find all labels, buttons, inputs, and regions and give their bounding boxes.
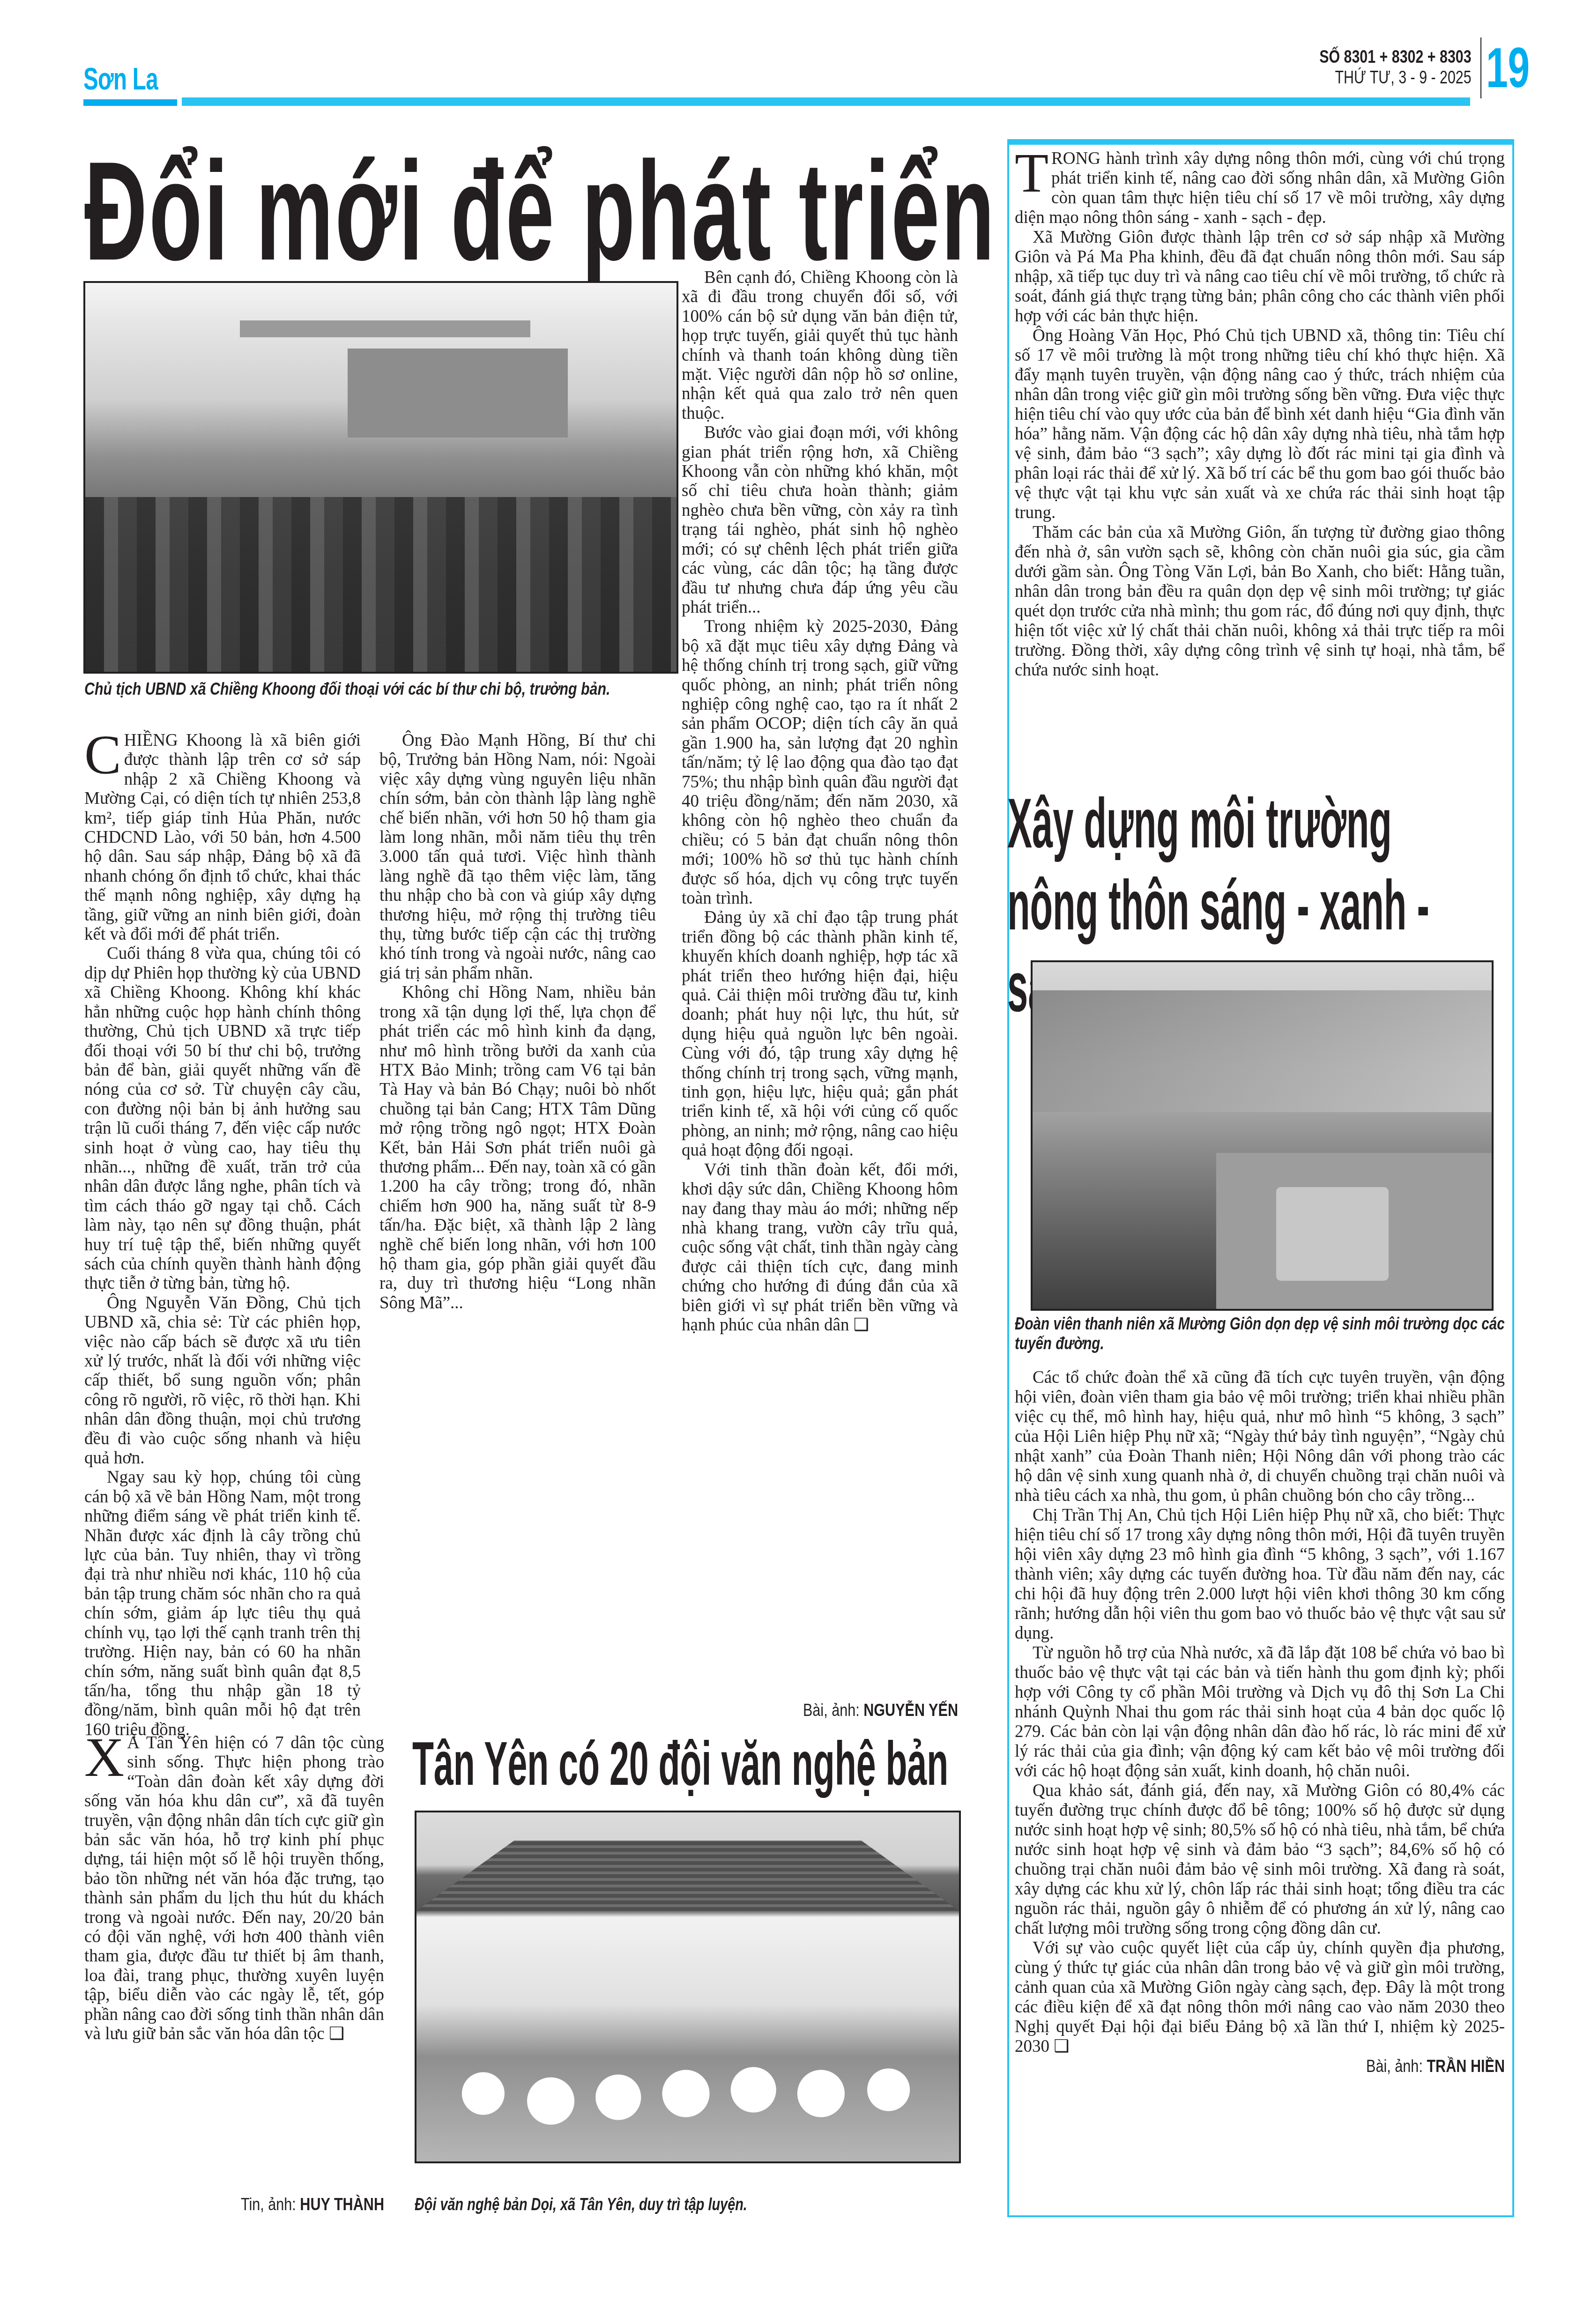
issue-date: THỨ TƯ, 3 - 9 - 2025: [1319, 67, 1472, 88]
paragraph: Các tổ chức đoàn thể xã cũng đã tích cực…: [1015, 1368, 1505, 1506]
paragraph: Qua khảo sát, đánh giá, đến nay, xã Mườn…: [1015, 1781, 1505, 1938]
paragraph: Ông Hoàng Văn Học, Phó Chủ tịch UBND xã,…: [1015, 326, 1505, 523]
bottom-article-byline: Tin, ảnh: HUY THÀNH: [129, 2195, 384, 2214]
dropcap: C: [84, 734, 124, 777]
cleanup-photo-caption: Đoàn viên thanh niên xã Mường Giôn dọn d…: [1015, 1314, 1539, 1353]
paragraph: Ông Đào Mạnh Hồng, Bí thư chi bộ, Trưởng…: [379, 731, 656, 983]
issue-info: SỐ 8301 + 8302 + 8303 THỨ TƯ, 3 - 9 - 20…: [1319, 47, 1472, 88]
photo-flower-props: [445, 2056, 927, 2131]
paragraph: Với sự vào cuộc quyết liệt của cấp ủy, c…: [1015, 1938, 1505, 2057]
paragraph: Ngay sau kỳ họp, chúng tôi cùng cán bộ x…: [84, 1468, 361, 1739]
section-name: Sơn La: [83, 61, 158, 97]
paragraph: Trong nhiệm kỳ 2025-2030, Đảng bộ xã đặt…: [682, 617, 958, 908]
byline-author: TRẦN HIỀN: [1427, 2057, 1505, 2076]
paragraph: Với tinh thần đoàn kết, đổi mới, khơi dậ…: [682, 1160, 958, 1335]
photo-banner: [240, 320, 530, 337]
paragraph: Không chỉ Hồng Nam, nhiều bản trong xã t…: [379, 983, 656, 1313]
issue-number: SỐ 8301 + 8302 + 8303: [1319, 47, 1472, 67]
paragraph: Xã Mường Giôn được thành lập trên cơ sở …: [1015, 228, 1505, 326]
byline-label: Bài, ảnh:: [803, 1700, 860, 1720]
bottom-article-text: XÃ Tân Yên hiện có 7 dân tộc cùng sinh s…: [84, 1733, 384, 2044]
side-article-top-text: TRONG hành trình xây dựng nông thôn mới,…: [1015, 149, 1505, 680]
main-article-column-1: CHIỀNG Khoong là xã biên giới được thành…: [84, 731, 361, 1739]
side-article-bottom-text: Các tổ chức đoàn thể xã cũng đã tích cực…: [1015, 1368, 1505, 2076]
main-headline: Đổi mới để phát triển: [84, 141, 996, 281]
dance-photo-caption: Đội văn nghệ bản Dọi, xã Tân Yên, duy tr…: [415, 2195, 963, 2214]
cleanup-photo: [1031, 960, 1494, 1311]
photo-crowd: [85, 497, 677, 672]
header-rule: [182, 97, 1470, 106]
byline-label: Tin, ảnh:: [241, 2195, 296, 2214]
paragraph: Chị Trần Thị An, Chủ tịch Hội Liên hiệp …: [1015, 1506, 1505, 1643]
header-rule-accent: [83, 99, 177, 106]
page-number: 19: [1480, 37, 1530, 98]
main-article-column-3: Bên cạnh đó, Chiềng Khoong còn là xã đi …: [682, 268, 958, 1335]
paragraph: Cuối tháng 8 vừa qua, chúng tôi có dịp d…: [84, 944, 361, 1293]
photo-stilt-house-roof: [416, 1841, 959, 1911]
paragraph: TRONG hành trình xây dựng nông thôn mới,…: [1015, 149, 1505, 228]
paragraph: Bên cạnh đó, Chiềng Khoong còn là xã đi …: [682, 268, 958, 423]
main-article-byline: Bài, ảnh: NGUYỄN YẾN: [723, 1700, 959, 1720]
dropcap: X: [84, 1736, 127, 1779]
paragraph: Từ nguồn hỗ trợ của Nhà nước, xã đã lắp …: [1015, 1643, 1505, 1781]
bottom-headline: Tân Yên có 20 đội văn nghệ bản: [412, 1729, 948, 1799]
photo-trash-bin: [1276, 1187, 1389, 1281]
byline-author: HUY THÀNH: [300, 2195, 384, 2214]
main-article-column-2: Ông Đào Mạnh Hồng, Bí thư chi bộ, Trưởng…: [379, 731, 656, 1313]
dropcap: T: [1015, 152, 1051, 195]
paragraph: CHIỀNG Khoong là xã biên giới được thành…: [84, 731, 361, 944]
meeting-photo: [83, 281, 678, 674]
meeting-photo-caption: Chủ tịch UBND xã Chiềng Khoong đối thoại…: [84, 679, 668, 699]
paragraph: XÃ Tân Yên hiện có 7 dân tộc cùng sinh s…: [84, 1733, 384, 2044]
paragraph: Ông Nguyễn Văn Đồng, Chủ tịch UBND xã, c…: [84, 1293, 361, 1468]
paragraph: Bước vào giai đoạn mới, với không gian p…: [682, 423, 958, 617]
paragraph: Thăm các bản của xã Mường Giôn, ấn tượng…: [1015, 523, 1505, 680]
photo-mountain: [1033, 990, 1492, 1112]
side-article-byline: Bài, ảnh: TRẦN HIỀN: [1088, 2057, 1505, 2076]
dance-photo: [415, 1811, 961, 2163]
photo-screen: [348, 349, 568, 438]
byline-label: Bài, ảnh:: [1366, 2057, 1423, 2076]
paragraph: Đảng ủy xã chỉ đạo tập trung phát triển …: [682, 908, 958, 1160]
byline-author: NGUYỄN YẾN: [863, 1700, 958, 1720]
